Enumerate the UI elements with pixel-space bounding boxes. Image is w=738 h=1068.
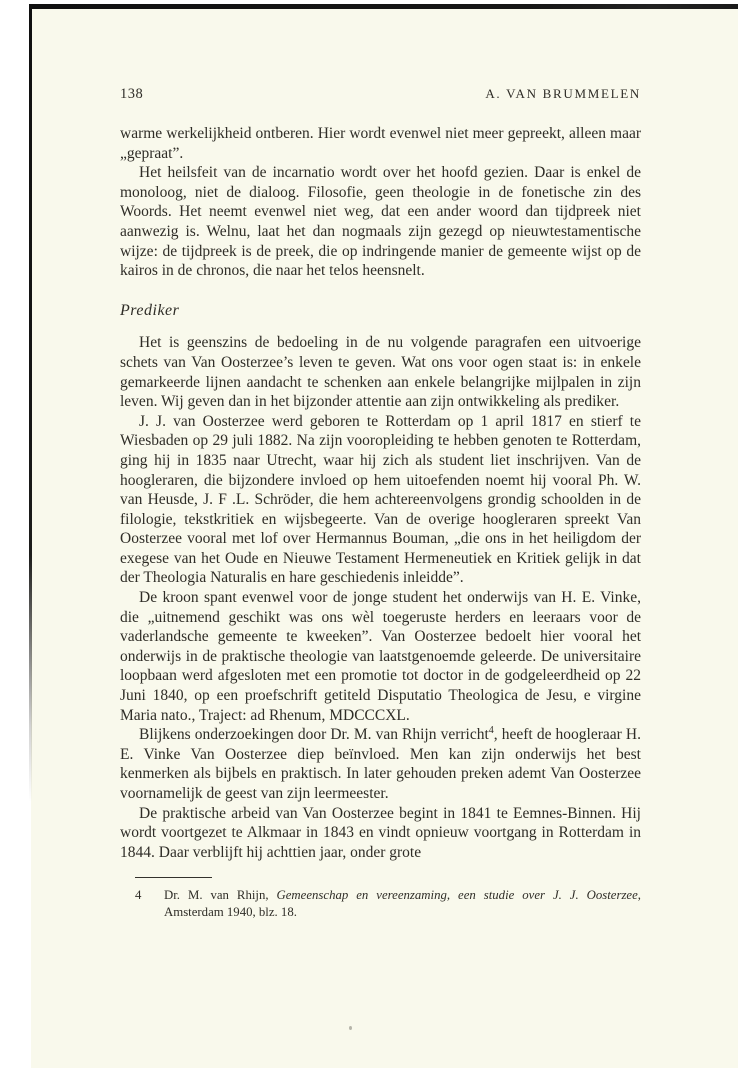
footnote-rule xyxy=(135,877,212,878)
page-content: 138 A. VAN BRUMMELEN warme werkelijkheid… xyxy=(120,86,641,921)
footnote-text-before: Dr. M. van Rhijn, xyxy=(164,888,277,902)
scan-edge-left xyxy=(29,4,32,954)
body-text: warme werkelijkheid ontberen. Hier wordt… xyxy=(120,124,641,862)
section-heading: Prediker xyxy=(120,301,641,321)
paragraph-rhijn-text-before: Blijkens onderzoekingen door Dr. M. van … xyxy=(139,726,489,743)
paragraph-biografie: J. J. van Oosterzee werd geboren te Rott… xyxy=(120,412,641,588)
running-head: A. VAN BRUMMELEN xyxy=(485,86,641,102)
scan-edge-top xyxy=(29,4,738,9)
paragraph-bedoeling: Het is geenszins de bedoeling in de nu v… xyxy=(120,333,641,411)
paragraph-rhijn: Blijkens onderzoekingen door Dr. M. van … xyxy=(120,725,641,803)
footnote-text: Dr. M. van Rhijn, Gemeenschap en vereenz… xyxy=(164,887,641,921)
footnote-area: 4 Dr. M. van Rhijn, Gemeenschap en veree… xyxy=(135,877,641,921)
footnote: 4 Dr. M. van Rhijn, Gemeenschap en veree… xyxy=(135,887,641,921)
footnote-marker: 4 xyxy=(135,887,164,921)
paragraph-vinke: De kroon spant evenwel voor de jonge stu… xyxy=(120,588,641,725)
page-number: 138 xyxy=(120,86,143,103)
footnote-title: Gemeenschap en vereenzaming, een studie … xyxy=(277,888,638,902)
page-header: 138 A. VAN BRUMMELEN xyxy=(120,86,641,103)
scan-speck xyxy=(349,1026,352,1030)
paragraph-continuation: warme werkelijkheid ontberen. Hier wordt… xyxy=(120,124,641,163)
paragraph-heilsfeit: Het heilsfeit van de incarnatio wordt ov… xyxy=(120,163,641,281)
paragraph-praktische-arbeid: De praktische arbeid van Van Oosterzee b… xyxy=(120,804,641,863)
